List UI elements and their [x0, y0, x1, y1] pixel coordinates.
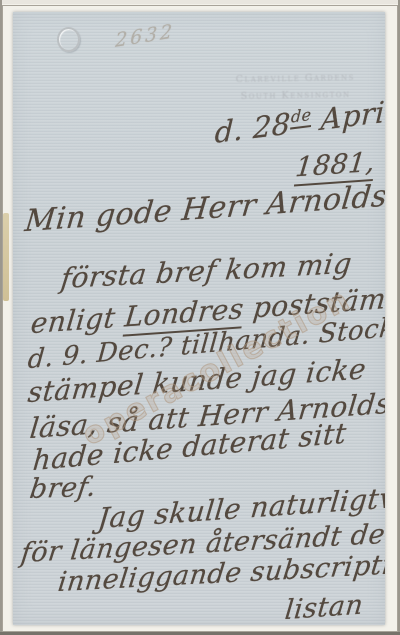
handwritten-line-12: listan	[283, 589, 365, 625]
aged-paper-sliver	[3, 213, 9, 301]
photo-edge-left	[0, 0, 2, 635]
date-ordinal: de	[290, 105, 312, 130]
embossed-seal-circle	[57, 27, 80, 52]
letter-paper: 2632 Clareville Gardens South Kensington…	[13, 12, 385, 625]
handwritten-line-8: bref.	[28, 472, 99, 505]
handwritten-dateline: d. 28de April 1881,	[209, 116, 385, 181]
date-day: d. 28	[214, 106, 292, 150]
photograph-of-letter: 2632 Clareville Gardens South Kensington…	[0, 0, 400, 635]
photo-edge-top	[0, 0, 400, 4]
letterhead-line-1: Clareville Gardens	[213, 69, 378, 89]
handwritten-line-salutation: Min gode Herr Arnoldson,	[23, 175, 385, 239]
line3-pre: enligt	[29, 300, 126, 340]
pencil-catalog-number: 2632	[115, 20, 176, 52]
